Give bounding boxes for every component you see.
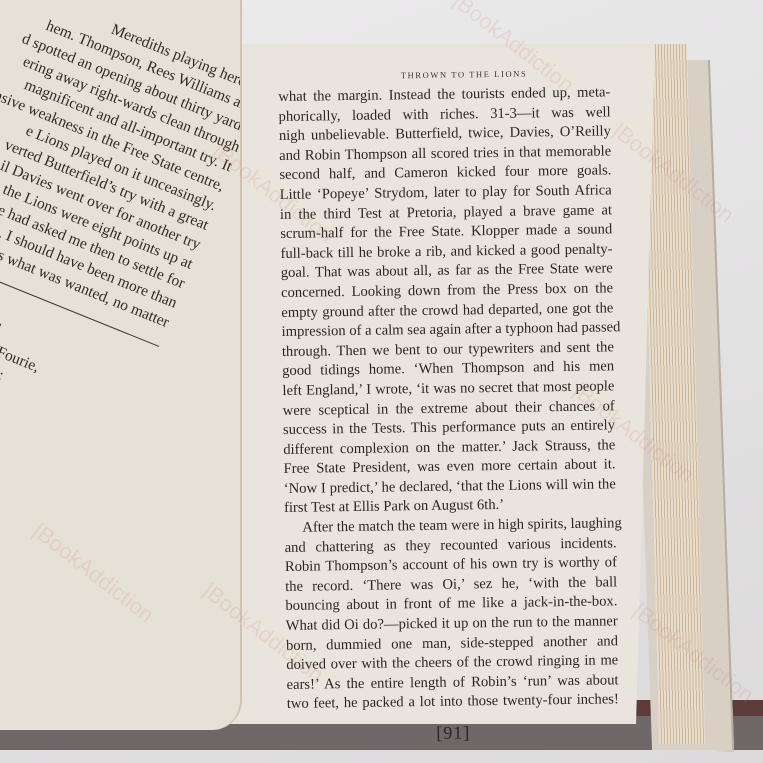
right-page-content: THROWN TO THE LIONS what the margin. Ins… bbox=[278, 67, 619, 746]
body-text: what the margin. Instead the tourists en… bbox=[278, 83, 619, 715]
left-page-content: Merediths playing heroes’ hem. Thompson,… bbox=[0, 0, 242, 631]
text-line: two feet, he packed a lot into those twe… bbox=[287, 691, 619, 715]
left-page: Merediths playing heroes’ hem. Thompson,… bbox=[0, 0, 242, 730]
